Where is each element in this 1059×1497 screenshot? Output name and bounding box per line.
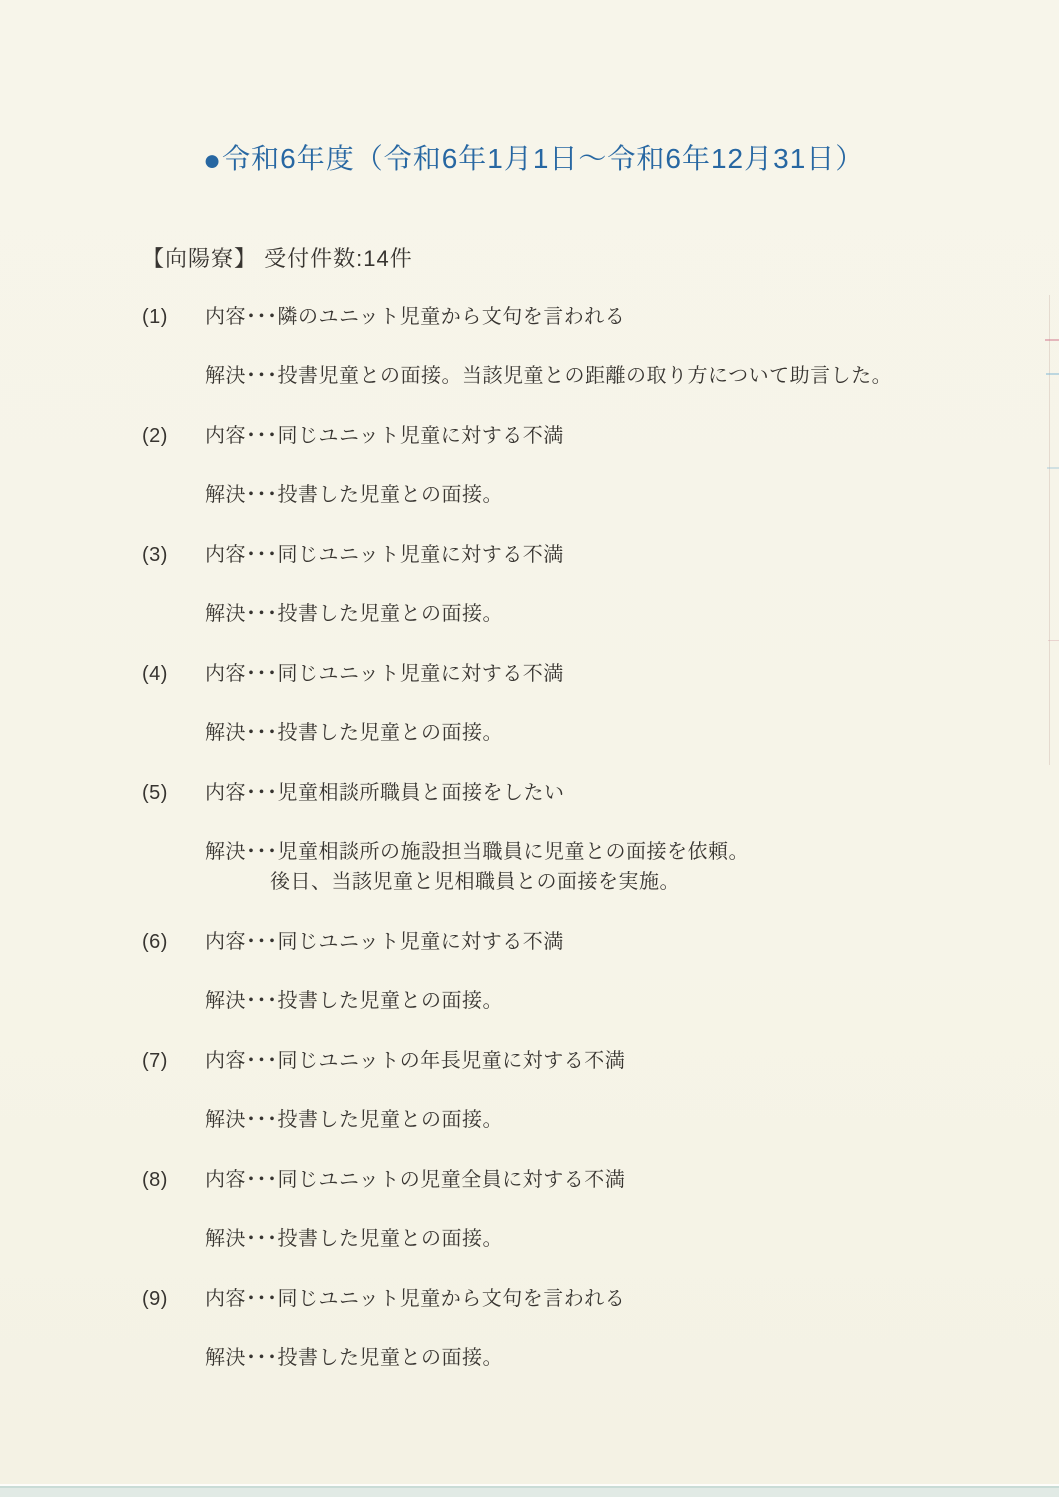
number-spacer <box>142 720 205 746</box>
content-text: 内容･･･同じユニットの年長児童に対する不満 <box>205 1048 625 1074</box>
solution-line-continued: 後日、当該児童と児相職員との面接を実施。 <box>142 869 1032 895</box>
solution-text-continued: 後日、当該児童と児相職員との面接を実施。 <box>205 869 680 895</box>
facility-subtitle: 【向陽寮】 受付件数:14件 <box>142 242 413 273</box>
number-spacer <box>142 988 205 1014</box>
complaint-item-8: (8) 内容･･･同じユニットの児童全員に対する不満 解決･･･投書した児童との… <box>142 1167 1032 1252</box>
content-line: (2) 内容･･･同じユニット児童に対する不満 <box>142 423 1032 449</box>
scan-artifact-line <box>1045 339 1059 341</box>
scan-artifact-line <box>1048 640 1059 641</box>
complaint-item-6: (6) 内容･･･同じユニット児童に対する不満 解決･･･投書した児童との面接。 <box>142 929 1032 1014</box>
content-line: (4) 内容･･･同じユニット児童に対する不満 <box>142 661 1032 687</box>
content-line: (9) 内容･･･同じユニット児童から文句を言われる <box>142 1286 1032 1312</box>
item-number: (7) <box>142 1048 205 1074</box>
number-spacer <box>142 1345 205 1371</box>
solution-line: 解決･･･投書した児童との面接。 <box>142 988 1032 1014</box>
solution-text: 解決･･･投書した児童との面接。 <box>205 1107 503 1133</box>
solution-text: 解決･･･投書した児童との面接。 <box>205 1345 503 1371</box>
number-spacer <box>142 839 205 865</box>
solution-line: 解決･･･投書児童との面接。当該児童との距離の取り方について助言した。 <box>142 363 1032 389</box>
scanned-document-page: ●令和6年度（令和6年1月1日～令和6年12月31日） 【向陽寮】 受付件数:1… <box>0 0 1059 1497</box>
item-number: (6) <box>142 929 205 955</box>
solution-text: 解決･･･投書した児童との面接。 <box>205 1226 503 1252</box>
number-spacer <box>142 869 205 895</box>
complaint-item-7: (7) 内容･･･同じユニットの年長児童に対する不満 解決･･･投書した児童との… <box>142 1048 1032 1133</box>
solution-line: 解決･･･投書した児童との面接。 <box>142 1345 1032 1371</box>
number-spacer <box>142 363 205 389</box>
solution-text: 解決･･･投書した児童との面接。 <box>205 482 503 508</box>
solution-line: 解決･･･投書した児童との面接。 <box>142 601 1032 627</box>
scan-artifact-line <box>1047 467 1059 469</box>
number-spacer <box>142 1226 205 1252</box>
solution-text: 解決･･･投書した児童との面接。 <box>205 601 503 627</box>
solution-text: 解決･･･投書した児童との面接。 <box>205 720 503 746</box>
content-line: (5) 内容･･･児童相談所職員と面接をしたい <box>142 780 1032 806</box>
content-line: (7) 内容･･･同じユニットの年長児童に対する不満 <box>142 1048 1032 1074</box>
complaint-item-2: (2) 内容･･･同じユニット児童に対する不満 解決･･･投書した児童との面接。 <box>142 423 1032 508</box>
content-line: (3) 内容･･･同じユニット児童に対する不満 <box>142 542 1032 568</box>
complaint-item-1: (1) 内容･･･隣のユニット児童から文句を言われる 解決･･･投書児童との面接… <box>142 304 1032 389</box>
content-text: 内容･･･同じユニットの児童全員に対する不満 <box>205 1167 625 1193</box>
solution-line: 解決･･･投書した児童との面接。 <box>142 482 1032 508</box>
scan-artifact-line <box>1046 373 1059 375</box>
solution-text: 解決･･･投書児童との面接。当該児童との距離の取り方について助言した。 <box>205 363 892 389</box>
content-text: 内容･･･同じユニット児童に対する不満 <box>205 661 564 687</box>
item-number: (1) <box>142 304 205 330</box>
complaint-item-4: (4) 内容･･･同じユニット児童に対する不満 解決･･･投書した児童との面接。 <box>142 661 1032 746</box>
solution-line: 解決･･･投書した児童との面接。 <box>142 1107 1032 1133</box>
complaint-item-9: (9) 内容･･･同じユニット児童から文句を言われる 解決･･･投書した児童との… <box>142 1286 1032 1371</box>
complaint-item-5: (5) 内容･･･児童相談所職員と面接をしたい 解決･･･児童相談所の施設担当職… <box>142 780 1032 895</box>
content-text: 内容･･･同じユニット児童から文句を言われる <box>205 1286 625 1312</box>
content-line: (6) 内容･･･同じユニット児童に対する不満 <box>142 929 1032 955</box>
item-number: (4) <box>142 661 205 687</box>
scan-edge-strip <box>0 1486 1059 1497</box>
item-number: (8) <box>142 1167 205 1193</box>
solution-line: 解決･･･投書した児童との面接。 <box>142 720 1032 746</box>
content-text: 内容･･･同じユニット児童に対する不満 <box>205 929 564 955</box>
content-text: 内容･･･隣のユニット児童から文句を言われる <box>205 304 625 330</box>
content-text: 内容･･･同じユニット児童に対する不満 <box>205 423 564 449</box>
item-number: (5) <box>142 780 205 806</box>
bullet-icon: ● <box>203 144 222 177</box>
content-text: 内容･･･児童相談所職員と面接をしたい <box>205 780 565 806</box>
number-spacer <box>142 482 205 508</box>
solution-text: 解決･･･投書した児童との面接。 <box>205 988 503 1014</box>
item-number: (9) <box>142 1286 205 1312</box>
number-spacer <box>142 1107 205 1133</box>
item-number: (3) <box>142 542 205 568</box>
number-spacer <box>142 601 205 627</box>
solution-text: 解決･･･児童相談所の施設担当職員に児童との面接を依頼。 <box>205 839 749 865</box>
content-line: (8) 内容･･･同じユニットの児童全員に対する不満 <box>142 1167 1032 1193</box>
complaint-list: (1) 内容･･･隣のユニット児童から文句を言われる 解決･･･投書児童との面接… <box>142 304 1032 1405</box>
content-line: (1) 内容･･･隣のユニット児童から文句を言われる <box>142 304 1032 330</box>
scan-artifact-vertical-line <box>1049 295 1050 765</box>
page-title-text: 令和6年度（令和6年1月1日～令和6年12月31日） <box>222 143 864 174</box>
page-title: ●令和6年度（令和6年1月1日～令和6年12月31日） <box>203 137 864 178</box>
content-text: 内容･･･同じユニット児童に対する不満 <box>205 542 564 568</box>
item-number: (2) <box>142 423 205 449</box>
complaint-item-3: (3) 内容･･･同じユニット児童に対する不満 解決･･･投書した児童との面接。 <box>142 542 1032 627</box>
solution-line: 解決･･･投書した児童との面接。 <box>142 1226 1032 1252</box>
solution-line: 解決･･･児童相談所の施設担当職員に児童との面接を依頼。 <box>142 839 1032 865</box>
